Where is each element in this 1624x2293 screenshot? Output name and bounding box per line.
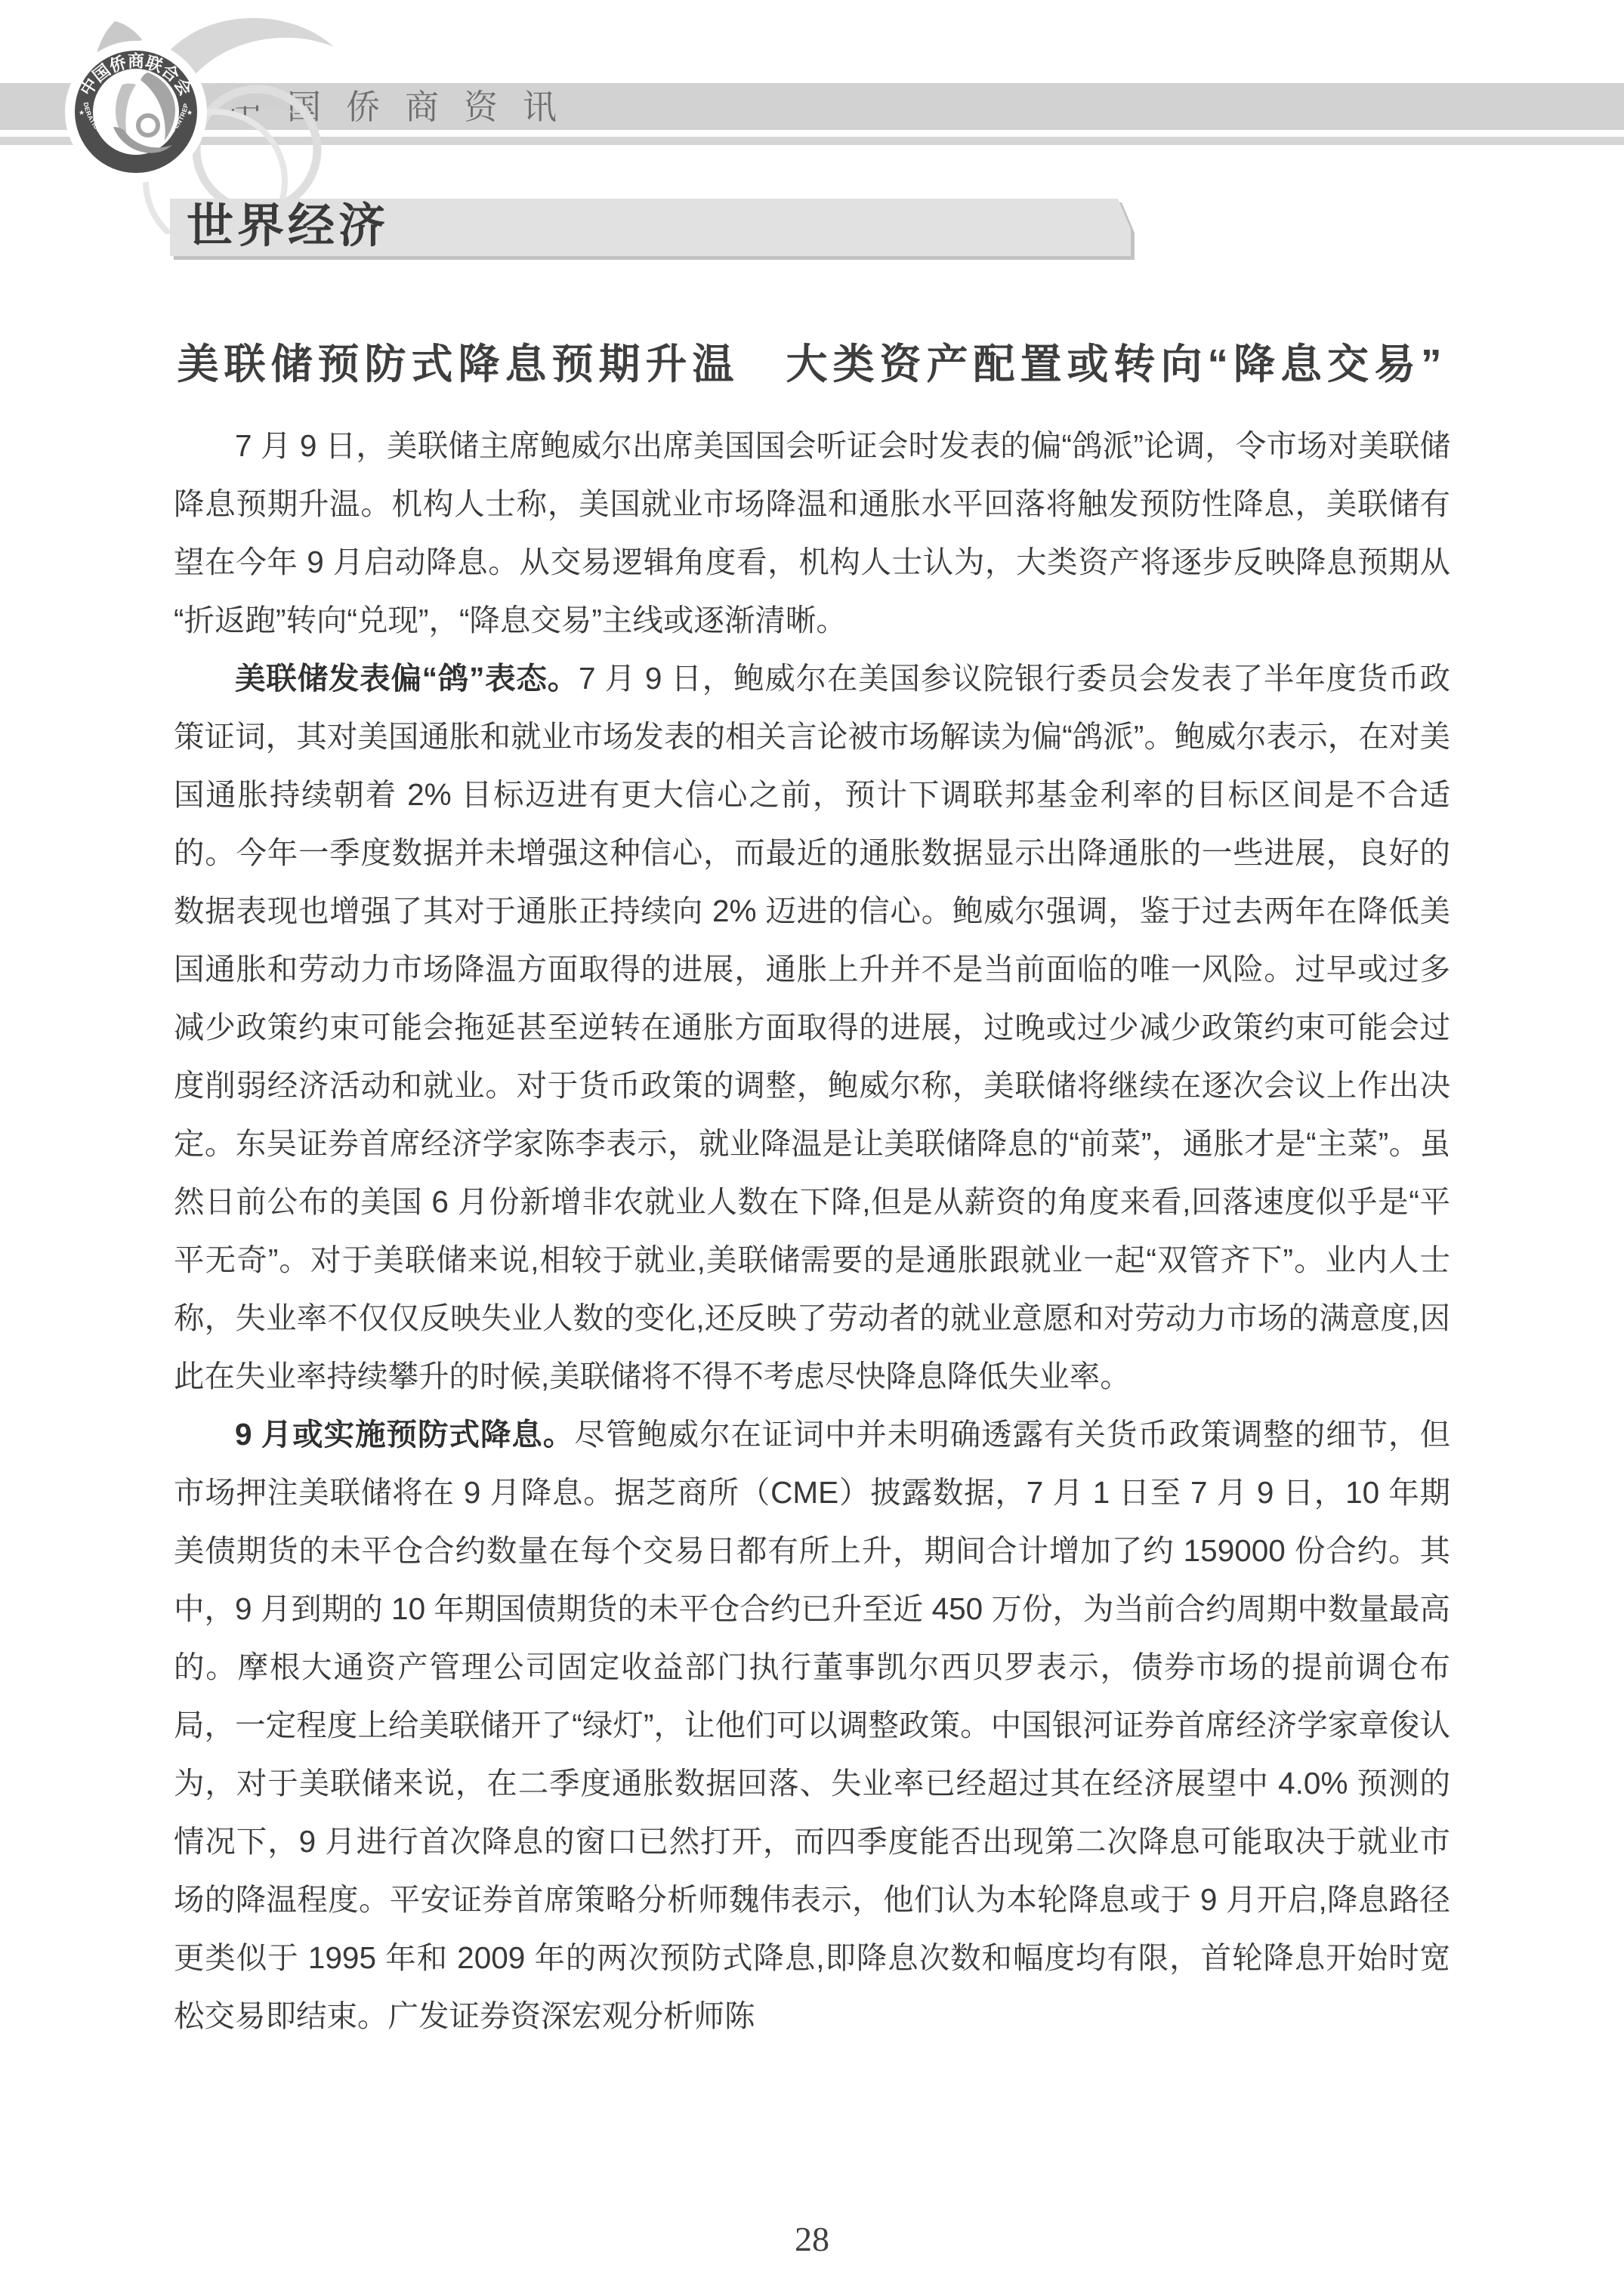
document-page: 中国侨商资讯 中国侨商联合会 CHINA FEDERATION OF — [0, 0, 1624, 2293]
paragraph-lead: 9 月或实施预防式降息。 — [235, 1417, 574, 1452]
seal-star-left: ★ — [79, 109, 85, 116]
arc-decoration — [196, 89, 317, 210]
paragraph-lead: 美联储发表偏“鸽”表态。 — [235, 661, 579, 696]
article-title: 美联储预防式降息预期升温 大类资产配置或转向“降息交易” — [174, 331, 1450, 390]
seal-star-right: ★ — [187, 109, 193, 116]
article-body: 7 月 9 日，美联储主席鲍威尔出席美国国会听证会时发表的偏“鸽派”论调，令市场… — [174, 417, 1450, 2045]
paragraph: 9 月或实施预防式降息。尽管鲍威尔在证词中并未明确透露有关货币政策调整的细节，但… — [174, 1406, 1450, 2045]
paragraph: 7 月 9 日，美联储主席鲍威尔出席美国国会听证会时发表的偏“鸽派”论调，令市场… — [174, 417, 1450, 650]
section-title: 世界经济 — [187, 199, 389, 256]
paragraph: 美联储发表偏“鸽”表态。7 月 9 日，鲍威尔在美国参议院银行委员会发表了半年度… — [174, 650, 1450, 1406]
page-number: 28 — [0, 2219, 1624, 2259]
